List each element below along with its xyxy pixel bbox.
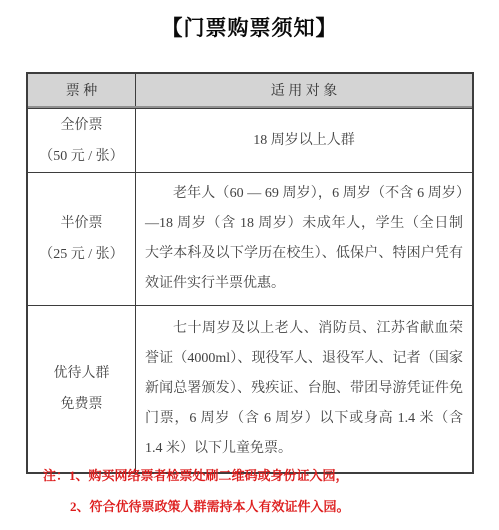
half-price-amount: （25 元 / 张） (39, 239, 123, 270)
full-price-name: 全价票 (61, 110, 103, 141)
note-line-1: 注： 1、购买网络票者检票处刷二维码或身份证入园， (43, 466, 483, 486)
half-price-type-cell: 半价票 （25 元 / 张） (28, 173, 136, 305)
table-row-full-price: 全价票 （50 元 / 张） 18 周岁以上人群 (28, 108, 472, 172)
free-ticket-group: 优待人群 (54, 358, 110, 389)
free-ticket-desc-cell: 七十周岁及以上老人、消防员、江苏省献血荣誉证（4000ml）、现役军人、退役军人… (136, 306, 472, 472)
table-row-half-price: 半价票 （25 元 / 张） 老年人（60 — 69 周岁），6 周岁（不含 6… (28, 172, 472, 305)
note-line-2: 2、符合优待票政策人群需持本人有效证件入园。 (43, 497, 483, 517)
free-ticket-type-cell: 优待人群 免费票 (28, 306, 136, 472)
table-row-free-ticket: 优待人群 免费票 七十周岁及以上老人、消防员、江苏省献血荣誉证（4000ml）、… (28, 305, 472, 472)
full-price-type-cell: 全价票 （50 元 / 张） (28, 109, 136, 172)
full-price-desc-cell: 18 周岁以上人群 (136, 109, 472, 172)
note-label: 注： (43, 466, 69, 486)
ticket-table: 票 种 适 用 对 象 全价票 （50 元 / 张） 18 周岁以上人群 半价票… (26, 72, 474, 474)
header-ticket-type: 票 种 (28, 74, 136, 106)
table-header-row: 票 种 适 用 对 象 (28, 74, 472, 108)
note-item-1: 1、购买网络票者检票处刷二维码或身份证入园， (69, 466, 349, 486)
footnotes: 注： 1、购买网络票者检票处刷二维码或身份证入园， 2、符合优待票政策人群需持本… (43, 466, 483, 528)
page-title: 【门票购票须知】 (0, 12, 499, 42)
header-applicable-target: 适 用 对 象 (136, 74, 472, 106)
half-price-name: 半价票 (61, 208, 103, 239)
notice-page: 【门票购票须知】 票 种 适 用 对 象 全价票 （50 元 / 张） 18 周… (0, 0, 499, 530)
full-price-amount: （50 元 / 张） (39, 141, 123, 172)
half-price-desc-cell: 老年人（60 — 69 周岁），6 周岁（不含 6 周岁）—18 周岁（含 18… (136, 173, 472, 305)
free-ticket-name: 免费票 (61, 389, 103, 420)
note-item-2: 2、符合优待票政策人群需持本人有效证件入园。 (70, 497, 350, 517)
